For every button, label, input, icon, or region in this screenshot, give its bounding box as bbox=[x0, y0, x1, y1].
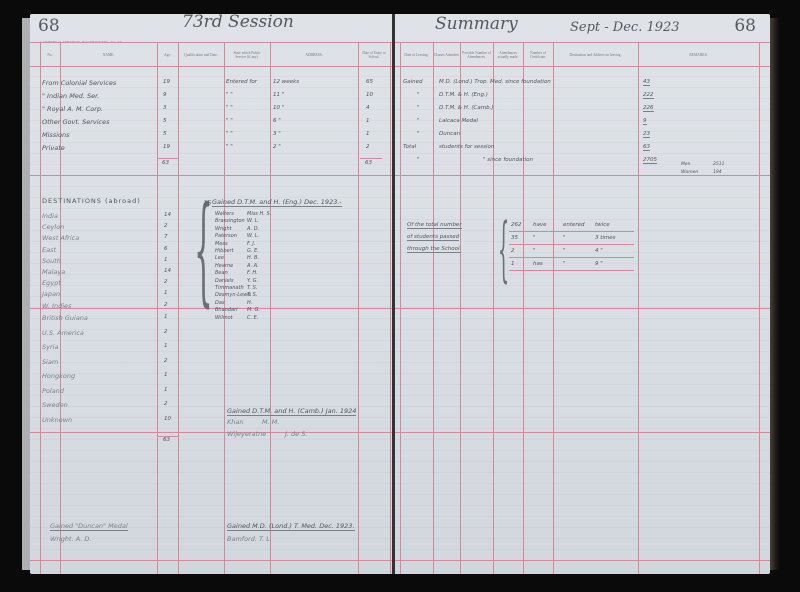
page-number-left: 68 bbox=[38, 16, 60, 36]
header-classes: Classes Attended. bbox=[433, 44, 460, 66]
service-count: 5 bbox=[163, 118, 167, 124]
header-no: No. bbox=[40, 44, 60, 66]
summary-text: M.D. (Lond.) Trop. Med. since foundation bbox=[439, 79, 551, 85]
passage-intro-line: of students passed bbox=[407, 234, 459, 241]
duncan-medal-heading: Gained "Duncan" Medal bbox=[50, 522, 128, 531]
header-certificate: Number of Certificate. bbox=[523, 44, 553, 66]
destination-place: Egypt bbox=[42, 279, 61, 287]
destination-count: 2 bbox=[164, 223, 168, 229]
dtmh-camb-initials: J. de S. bbox=[285, 430, 307, 438]
total-rule bbox=[158, 158, 178, 159]
service-weeks: 3 " bbox=[273, 131, 281, 137]
service-entered: Entered for bbox=[226, 79, 257, 85]
summary-value: 226 bbox=[643, 105, 654, 112]
summary-label: " bbox=[417, 92, 420, 98]
destination-count: 2 bbox=[164, 401, 168, 407]
destination-place: Unknown bbox=[42, 416, 72, 424]
destination-place: Malaya bbox=[42, 268, 65, 276]
service-name: From Colonial Services bbox=[42, 79, 116, 87]
passage-intro-line: Of the total number bbox=[407, 222, 462, 229]
section-rule bbox=[395, 308, 770, 309]
destination-count: 2 bbox=[164, 358, 168, 364]
passage-text: " bbox=[563, 248, 566, 254]
passage-times: 9 " bbox=[595, 261, 603, 267]
dtmh-eng-count: 15 bbox=[203, 199, 211, 207]
header-bottom-rule bbox=[30, 66, 393, 67]
book-cover-edge-right bbox=[770, 18, 780, 570]
passage-rule bbox=[509, 231, 634, 232]
service-entered: " " bbox=[226, 144, 233, 150]
dtmh-eng-surname: Hibbert bbox=[215, 248, 234, 254]
summary-value: 2705 bbox=[643, 157, 657, 164]
service-weeks: 11 " bbox=[273, 92, 284, 98]
dtmh-eng-surname: Daniels bbox=[215, 278, 234, 284]
summary-period: Sept - Dec. 1923 bbox=[570, 20, 680, 35]
service-name: " Indian Med. Ser. bbox=[42, 92, 99, 100]
destination-count: 2 bbox=[164, 279, 168, 285]
service-number: 1 bbox=[366, 131, 370, 137]
destination-count: 1 bbox=[164, 257, 168, 263]
dtmh-eng-surname: Wright bbox=[215, 226, 232, 232]
summary-label: " bbox=[417, 131, 420, 137]
service-count: 9 bbox=[163, 92, 167, 98]
dtmh-eng-surname: Bean bbox=[215, 270, 228, 276]
dtmh-eng-surname: Bhandari bbox=[215, 307, 238, 313]
remark-label: Women bbox=[681, 170, 698, 175]
md-lond-heading: Gained M.D. (Lond.) T. Med. Dec. 1923. bbox=[227, 522, 355, 531]
service-entered: " " bbox=[226, 118, 233, 124]
service-name: " Royal A. M. Corp. bbox=[42, 105, 103, 113]
summary-label: Gained bbox=[403, 79, 423, 85]
passage-count: 262 bbox=[511, 222, 522, 228]
left-ledger-page: 68 LAMBERT & KERSHAW, BOOKBINDERS, No. 5… bbox=[30, 14, 393, 574]
summary-title: Summary bbox=[435, 14, 518, 34]
ruled-lines bbox=[395, 66, 770, 574]
brace-passage: { bbox=[498, 214, 509, 284]
destination-place: W. Indies bbox=[42, 302, 71, 310]
section-rule bbox=[30, 175, 393, 176]
destination-place: Poland bbox=[42, 387, 64, 395]
remark-value: 2511 bbox=[713, 162, 724, 167]
service-count: 5 bbox=[163, 131, 167, 137]
session-title: 73rd Session bbox=[182, 14, 294, 32]
dtmh-eng-initials: A. A. bbox=[247, 263, 259, 269]
dtmh-eng-initials: W. L. bbox=[247, 233, 259, 239]
dtmh-eng-surname: Desmyn-Lewis bbox=[215, 292, 251, 298]
passage-rule bbox=[509, 244, 634, 245]
service-number: 65 bbox=[366, 79, 373, 85]
passage-times: 4 " bbox=[595, 248, 603, 254]
passage-verb: has bbox=[533, 261, 543, 267]
dtmh-eng-surname: Paterson bbox=[215, 233, 237, 239]
section-rule bbox=[395, 175, 770, 176]
header-name: NAME. bbox=[60, 44, 157, 66]
dtmh-eng-initials: H. B. bbox=[247, 255, 259, 261]
service-entered: " " bbox=[226, 131, 233, 137]
header-qualification: Qualification and Date. bbox=[182, 44, 220, 66]
passage-times: twice bbox=[595, 222, 610, 228]
destination-count: 1 bbox=[164, 290, 168, 296]
destination-place: U.S. America bbox=[42, 329, 84, 337]
passage-text: " bbox=[563, 235, 566, 241]
destination-count: 10 bbox=[164, 416, 171, 422]
header-attendances-made: Attendances actually made. bbox=[493, 44, 523, 66]
summary-label: " bbox=[417, 157, 420, 163]
passage-count: 1 bbox=[511, 261, 515, 267]
dtmh-eng-initials: G. E. bbox=[247, 248, 259, 254]
passage-text: " bbox=[563, 261, 566, 267]
destinations-total: 63 bbox=[163, 437, 170, 443]
dtmh-eng-initials: M. G. bbox=[247, 307, 260, 313]
destination-count: 6 bbox=[164, 246, 168, 252]
section-rule bbox=[395, 560, 770, 561]
passage-intro-line: through the School. bbox=[407, 246, 461, 253]
dtmh-eng-surname: Hearne bbox=[215, 263, 233, 269]
brace-left: { bbox=[194, 190, 213, 308]
header-address: ADDRESS. bbox=[270, 44, 358, 66]
passage-verb: " bbox=[533, 248, 536, 254]
dtmh-camb-surname: Khan bbox=[227, 418, 244, 426]
summary-value: 23 bbox=[643, 131, 650, 138]
destinations-title: DESTINATIONS (abroad) bbox=[42, 197, 141, 205]
service-count: 19 bbox=[163, 79, 170, 85]
summary-text: Duncan bbox=[439, 131, 460, 137]
service-entered: " " bbox=[226, 92, 233, 98]
dtmh-camb-initials: M. M. bbox=[262, 418, 279, 426]
duncan-medal-name: Wright. A. D. bbox=[50, 535, 92, 543]
dtmh-eng-surname: Mess bbox=[215, 241, 228, 247]
service-name: Other Govt. Services bbox=[42, 118, 109, 126]
service-number: 10 bbox=[366, 92, 373, 98]
summary-text: Lalcaca Medal bbox=[439, 118, 478, 124]
dtmh-eng-heading: Gained D.T.M. and H. (Eng.) Dec. 1923.- bbox=[212, 198, 342, 207]
dtmh-eng-surname: Brassington bbox=[215, 218, 245, 224]
destination-place: Syria bbox=[42, 343, 58, 351]
dtmh-eng-initials: F. H. bbox=[247, 270, 258, 276]
summary-label: Total bbox=[403, 144, 416, 150]
summary-value: 63 bbox=[643, 144, 650, 151]
summary-text: D.T.M. & H. (Camb.) bbox=[439, 105, 493, 111]
dtmh-eng-initials: T. S. bbox=[247, 292, 257, 298]
services-total-number: 63 bbox=[365, 160, 372, 166]
right-ledger-page: 68 Summary Sept - Dec. 1923 Date of Leav… bbox=[395, 14, 770, 574]
passage-verb: " bbox=[533, 235, 536, 241]
section-rule bbox=[30, 560, 393, 561]
service-count: 19 bbox=[163, 144, 170, 150]
destination-place: British Guiana bbox=[42, 314, 88, 322]
service-entered: " " bbox=[226, 105, 233, 111]
header-top-rule bbox=[395, 42, 770, 43]
destination-place: West Africa bbox=[42, 234, 79, 242]
destination-count: 2 bbox=[164, 302, 168, 308]
summary-value: 43 bbox=[643, 79, 650, 86]
service-number: 1 bbox=[366, 118, 370, 124]
service-weeks: 2 " bbox=[273, 144, 281, 150]
dtmh-eng-initials: A. D. bbox=[247, 226, 259, 232]
destination-place: Hongkong bbox=[42, 372, 75, 380]
destination-place: Siam bbox=[42, 358, 58, 366]
services-total-count: 63 bbox=[162, 160, 169, 166]
service-name: Private bbox=[42, 144, 65, 152]
service-name: Missions bbox=[42, 131, 69, 139]
service-count: 3 bbox=[163, 105, 167, 111]
summary-value: 222 bbox=[643, 92, 654, 99]
dtmh-eng-initials: W. L. bbox=[247, 218, 259, 224]
dtmh-eng-initials: C. E. bbox=[247, 315, 258, 321]
dtmh-eng-initials: F. J. bbox=[247, 241, 255, 247]
passage-rule bbox=[509, 270, 634, 271]
section-rule bbox=[395, 432, 770, 433]
summary-label: " bbox=[417, 118, 420, 124]
header-remarks: REMARKS. bbox=[638, 44, 759, 66]
dtmh-eng-surname: Wilmot bbox=[215, 315, 233, 321]
destination-count: 7 bbox=[164, 234, 168, 240]
header-date-entry: Date of Entry to School. bbox=[360, 44, 388, 66]
dtmh-eng-surname: Lee bbox=[215, 255, 224, 261]
service-number: 2 bbox=[366, 144, 370, 150]
dtmh-eng-initials: Y. G. bbox=[247, 278, 258, 284]
header-public-service: State which Public Service (if any). bbox=[228, 44, 266, 66]
destination-place: India bbox=[42, 212, 58, 220]
dtmh-eng-initials: T. S. bbox=[247, 285, 257, 291]
summary-text: " since foundation bbox=[483, 157, 533, 163]
destination-count: 1 bbox=[164, 387, 168, 393]
dtmh-eng-surname: Walters bbox=[215, 211, 234, 217]
destination-count: 1 bbox=[164, 343, 168, 349]
header-date-leaving: Date of Leaving. bbox=[400, 44, 433, 66]
dtmh-camb-heading: Gained D.T.M. and H. (Camb.) Jan. 1924 bbox=[227, 407, 356, 416]
header-bottom-rule bbox=[395, 66, 770, 67]
summary-text: students for session bbox=[439, 144, 494, 150]
total-rule bbox=[360, 158, 382, 159]
destination-place: Ceylon bbox=[42, 223, 64, 231]
destination-count: 14 bbox=[164, 212, 171, 218]
remark-value: 194 bbox=[713, 170, 722, 175]
destination-count: 2 bbox=[164, 329, 168, 335]
header-destination: Destination and Address on leaving. bbox=[553, 44, 638, 66]
passage-count: 35 bbox=[511, 235, 518, 241]
destination-place: East bbox=[42, 246, 56, 254]
destination-place: South bbox=[42, 257, 61, 265]
service-weeks: 6 " bbox=[273, 118, 281, 124]
summary-text: D.T.M. & H. (Eng.) bbox=[439, 92, 488, 98]
passage-text: entered bbox=[563, 222, 585, 228]
section-rule bbox=[30, 432, 393, 433]
summary-value: 9 bbox=[643, 118, 647, 125]
header-top-rule bbox=[30, 42, 393, 43]
header-age: Age. bbox=[157, 44, 178, 66]
dtmh-eng-initials: H. bbox=[247, 300, 252, 306]
page-number-right: 68 bbox=[734, 16, 756, 36]
remark-label: Men bbox=[681, 162, 691, 167]
passage-times: 3 times bbox=[595, 235, 616, 241]
md-lond-name: Bamford. T. L. bbox=[227, 535, 272, 543]
destination-count: 1 bbox=[164, 314, 168, 320]
destination-place: Sweden bbox=[42, 401, 68, 409]
passage-count: 2 bbox=[511, 248, 515, 254]
service-number: 4 bbox=[366, 105, 370, 111]
service-weeks: 10 " bbox=[273, 105, 284, 111]
destination-place: Japan bbox=[42, 290, 60, 298]
dtmh-camb-surname: Wijeyeratne bbox=[227, 430, 266, 438]
service-weeks: 12 weeks bbox=[273, 79, 299, 85]
destination-count: 1 bbox=[164, 372, 168, 378]
dtmh-eng-surname: Timmanath bbox=[215, 285, 244, 291]
summary-label: " bbox=[417, 105, 420, 111]
header-possible-attendances: Possible Number of Attendances. bbox=[460, 44, 493, 66]
destination-count: 14 bbox=[164, 268, 171, 274]
dtmh-eng-surname: Das bbox=[215, 300, 225, 306]
dtmh-eng-initials: Miss H. S. bbox=[247, 211, 271, 217]
passage-rule bbox=[509, 257, 634, 258]
passage-verb: have bbox=[533, 222, 547, 228]
